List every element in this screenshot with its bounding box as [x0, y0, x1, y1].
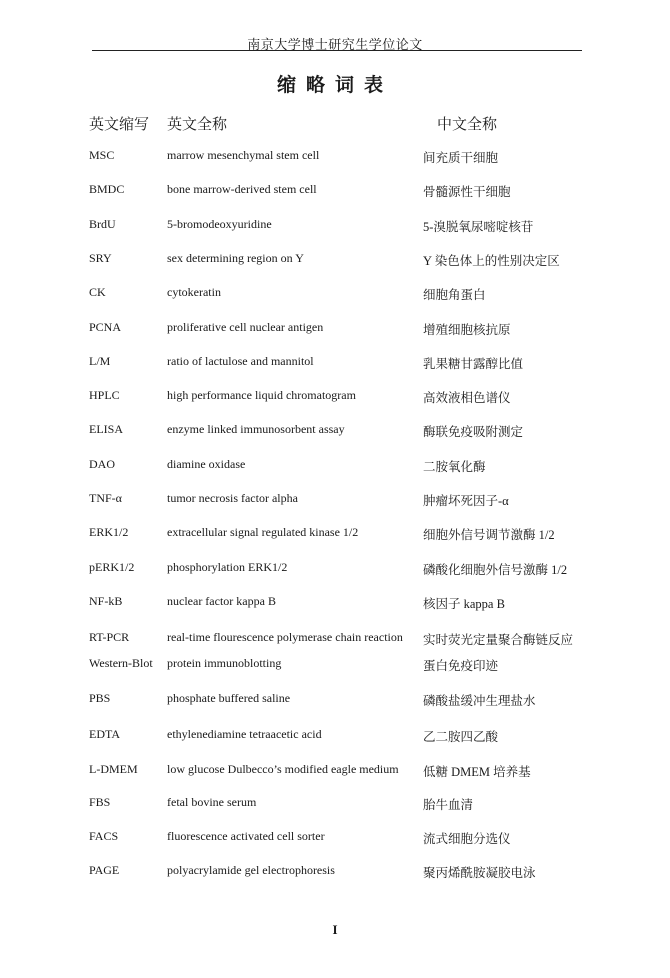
abbreviation: DAO — [89, 457, 115, 472]
english-full-name: nuclear factor kappa B — [167, 594, 276, 609]
table-row: HPLChigh performance liquid chromatogram… — [0, 388, 670, 406]
english-full-name: sex determining region on Y — [167, 251, 304, 266]
chinese-full-name: 5-溴脱氧尿嘧啶核苷 — [423, 217, 533, 235]
chinese-full-name: 高效液相色谱仪 — [423, 388, 511, 406]
abbreviation: HPLC — [89, 388, 120, 403]
abbreviation: FBS — [89, 795, 110, 810]
table-row: SRYsex determining region on YY 染色体上的性别决… — [0, 251, 670, 269]
table-row: PCNAproliferative cell nuclear antigen增殖… — [0, 320, 670, 338]
abbreviation: TNF-α — [89, 491, 122, 506]
chinese-full-name: 乙二胺四乙酸 — [423, 727, 498, 745]
chinese-full-name: 增殖细胞核抗原 — [423, 320, 511, 338]
chinese-full-name: 磷酸盐缓冲生理盐水 — [423, 691, 536, 709]
abbreviation: FACS — [89, 829, 118, 844]
english-full-name: tumor necrosis factor alpha — [167, 491, 298, 506]
english-full-name: high performance liquid chromatogram — [167, 388, 356, 403]
column-header-chinese: 中文全称 — [437, 113, 497, 134]
abbreviation: ERK1/2 — [89, 525, 128, 540]
chinese-full-name: 骨髓源性干细胞 — [423, 182, 511, 200]
english-full-name: enzyme linked immunosorbent assay — [167, 422, 345, 437]
abbreviation: MSC — [89, 148, 114, 163]
abbreviation: BMDC — [89, 182, 124, 197]
abbreviation: L/M — [89, 354, 110, 369]
abbreviation: Western-Blot — [89, 656, 153, 671]
table-row: TNF-αtumor necrosis factor alpha肿瘤坏死因子-α — [0, 491, 670, 509]
table-row: DAOdiamine oxidase二胺氧化酶 — [0, 457, 670, 475]
chinese-full-name: 聚丙烯酰胺凝胶电泳 — [423, 863, 536, 881]
chinese-full-name: 蛋白免疫印迹 — [423, 656, 498, 674]
chinese-full-name: Y 染色体上的性别决定区 — [423, 251, 560, 269]
abbreviation: CK — [89, 285, 106, 300]
column-header-abbr: 英文缩写 — [89, 113, 149, 134]
table-row: L/Mratio of lactulose and mannitol乳果糖甘露醇… — [0, 354, 670, 372]
table-row: NF-kBnuclear factor kappa B核因子 kappa B — [0, 594, 670, 612]
english-full-name: protein immunoblotting — [167, 656, 281, 671]
table-row: BMDCbone marrow-derived stem cell骨髓源性干细胞 — [0, 182, 670, 200]
table-row: pERK1/2phosphorylation ERK1/2磷酸化细胞外信号激酶 … — [0, 560, 670, 578]
abbreviation: PCNA — [89, 320, 121, 335]
header-rule — [92, 50, 582, 51]
chinese-full-name: 流式细胞分选仪 — [423, 829, 511, 847]
chinese-full-name: 胎牛血清 — [423, 795, 473, 813]
chinese-full-name: 间充质干细胞 — [423, 148, 498, 166]
abbreviation: PBS — [89, 691, 110, 706]
table-row: FACSfluorescence activated cell sorter流式… — [0, 829, 670, 847]
page-number: I — [0, 922, 670, 938]
english-full-name: real-time flourescence polymerase chain … — [167, 630, 403, 645]
table-row: FBSfetal bovine serum胎牛血清 — [0, 795, 670, 813]
table-row: MSCmarrow mesenchymal stem cell间充质干细胞 — [0, 148, 670, 166]
english-full-name: fluorescence activated cell sorter — [167, 829, 325, 844]
english-full-name: ethylenediamine tetraacetic acid — [167, 727, 322, 742]
table-row: PAGEpolyacrylamide gel electrophoresis聚丙… — [0, 863, 670, 881]
english-full-name: ratio of lactulose and mannitol — [167, 354, 314, 369]
column-header-english: 英文全称 — [167, 113, 227, 134]
abbreviation: BrdU — [89, 217, 116, 232]
chinese-full-name: 酶联免疫吸附测定 — [423, 422, 523, 440]
abbreviation: PAGE — [89, 863, 119, 878]
english-full-name: low glucose Dulbecco’s modified eagle me… — [167, 762, 399, 777]
table-row: ELISAenzyme linked immunosorbent assay酶联… — [0, 422, 670, 440]
table-row: L-DMEMlow glucose Dulbecco’s modified ea… — [0, 762, 670, 780]
english-full-name: phosphorylation ERK1/2 — [167, 560, 287, 575]
english-full-name: phosphate buffered saline — [167, 691, 290, 706]
abbreviation: SRY — [89, 251, 112, 266]
table-row: PBSphosphate buffered saline磷酸盐缓冲生理盐水 — [0, 691, 670, 709]
english-full-name: proliferative cell nuclear antigen — [167, 320, 323, 335]
abbreviation: NF-kB — [89, 594, 122, 609]
english-full-name: diamine oxidase — [167, 457, 245, 472]
page-title: 缩略词表 — [0, 70, 670, 97]
abbreviation: ELISA — [89, 422, 123, 437]
table-row: BrdU5-bromodeoxyuridine5-溴脱氧尿嘧啶核苷 — [0, 217, 670, 235]
abbreviation: RT-PCR — [89, 630, 129, 645]
chinese-full-name: 肿瘤坏死因子-α — [423, 491, 509, 509]
chinese-full-name: 核因子 kappa B — [423, 594, 505, 612]
abbreviation: pERK1/2 — [89, 560, 134, 575]
english-full-name: bone marrow-derived stem cell — [167, 182, 317, 197]
chinese-full-name: 磷酸化细胞外信号激酶 1/2 — [423, 560, 567, 578]
table-row: RT-PCRreal-time flourescence polymerase … — [0, 630, 670, 648]
table-row: EDTAethylenediamine tetraacetic acid乙二胺四… — [0, 727, 670, 745]
abbreviation: EDTA — [89, 727, 120, 742]
chinese-full-name: 细胞外信号调节激酶 1/2 — [423, 525, 555, 543]
chinese-full-name: 乳果糖甘露醇比值 — [423, 354, 523, 372]
english-full-name: polyacrylamide gel electrophoresis — [167, 863, 335, 878]
abbreviation: L-DMEM — [89, 762, 138, 777]
table-row: ERK1/2extracellular signal regulated kin… — [0, 525, 670, 543]
english-full-name: 5-bromodeoxyuridine — [167, 217, 272, 232]
english-full-name: marrow mesenchymal stem cell — [167, 148, 319, 163]
chinese-full-name: 实时荧光定量聚合酶链反应 — [423, 630, 573, 648]
table-row: Western-Blotprotein immunoblotting蛋白免疫印迹 — [0, 656, 670, 674]
chinese-full-name: 二胺氧化酶 — [423, 457, 486, 475]
chinese-full-name: 细胞角蛋白 — [423, 285, 486, 303]
english-full-name: cytokeratin — [167, 285, 221, 300]
english-full-name: fetal bovine serum — [167, 795, 256, 810]
table-row: CKcytokeratin细胞角蛋白 — [0, 285, 670, 303]
english-full-name: extracellular signal regulated kinase 1/… — [167, 525, 358, 540]
chinese-full-name: 低糖 DMEM 培养基 — [423, 762, 531, 780]
